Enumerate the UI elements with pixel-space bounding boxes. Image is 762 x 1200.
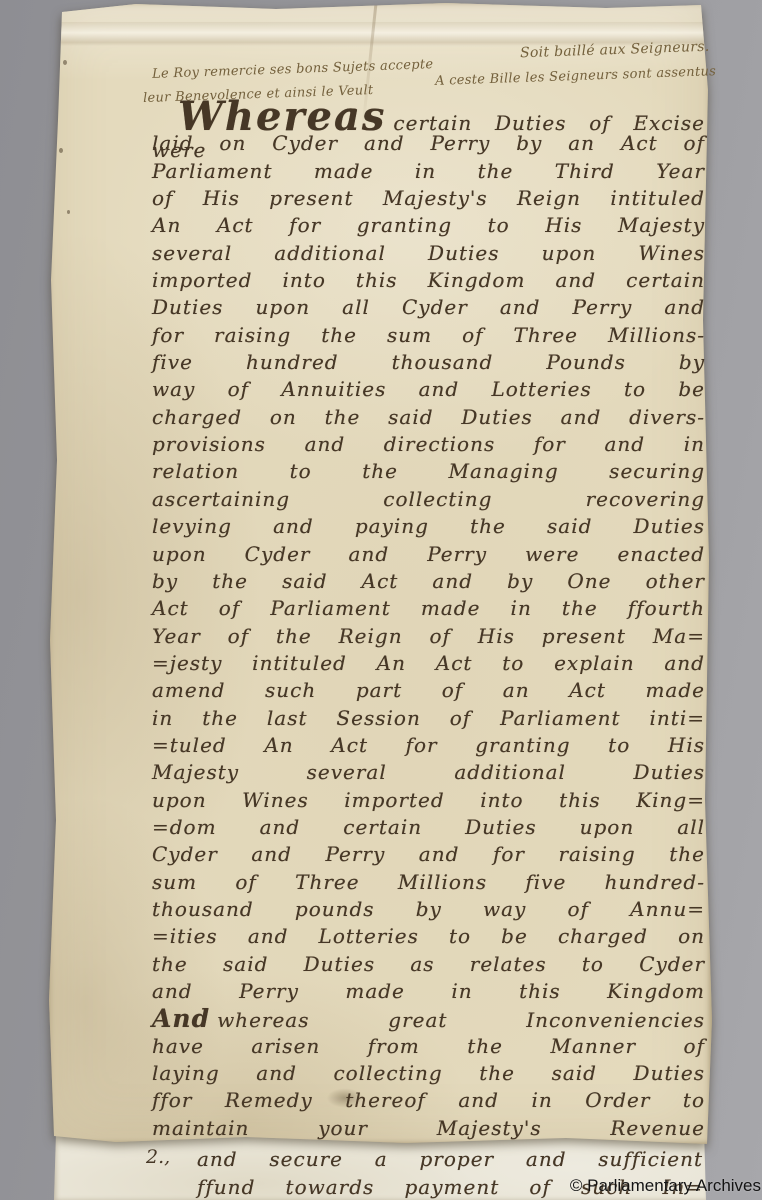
manuscript-line: sum of Three Millions five hundred-: [152, 869, 705, 896]
manuscript-line: upon Wines imported into this King=: [152, 787, 705, 814]
manuscript-line-text: and secure a proper and sufficient: [197, 1147, 703, 1171]
manuscript-line-text: of His present Majesty's Reign intituled: [152, 186, 705, 210]
manuscript-line-text: by the said Act and by One other: [152, 569, 705, 593]
ink-speck: [59, 148, 63, 153]
manuscript-line: Majesty several additional Duties: [152, 759, 705, 786]
manuscript-line-text: Majesty several additional Duties: [152, 760, 705, 784]
manuscript-line: thousand pounds by way of Annu=: [152, 896, 705, 923]
manuscript-line-text: Parliament made in the Third Year: [152, 159, 705, 183]
parchment-photo: Soit baillé aux Seigneurs. Le Roy remerc…: [0, 0, 762, 1200]
manuscript-line: five hundred thousand Pounds by: [152, 349, 705, 376]
manuscript-line: imported into this Kingdom and certain: [152, 267, 705, 294]
manuscript-line-text: imported into this Kingdom and certain: [152, 268, 705, 292]
manuscript-line-text: relation to the Managing securing: [152, 459, 705, 483]
manuscript-line-text: for raising the sum of Three Millions-: [152, 323, 705, 347]
manuscript-line: Duties upon all Cyder and Perry and: [152, 294, 705, 321]
manuscript-line-text: in the last Session of Parliament inti=: [152, 706, 705, 730]
manuscript-line-text: five hundred thousand Pounds by: [152, 350, 705, 374]
manuscript-line: way of Annuities and Lotteries to be: [152, 376, 705, 403]
manuscript-line-text: ffor Remedy thereof and in Order to: [152, 1088, 705, 1112]
manuscript-line: maintain your Majesty's Revenue: [152, 1115, 705, 1142]
ink-speck: [67, 210, 70, 214]
manuscript-line-text: amend such part of an Act made: [152, 678, 705, 702]
manuscript-line-text: =dom and certain Duties upon all: [152, 815, 705, 839]
manuscript-line-text: thousand pounds by way of Annu=: [152, 897, 705, 921]
manuscript-line-text: Year of the Reign of His present Ma=: [152, 624, 705, 648]
manuscript-line: and Perry made in this Kingdom: [152, 978, 705, 1005]
manuscript-text-membrane1: Whereascertain Duties of Excise werelaid…: [152, 103, 705, 1142]
manuscript-line: charged on the said Duties and divers-: [152, 404, 705, 431]
manuscript-line: by the said Act and by One other: [152, 568, 705, 595]
manuscript-line-text: upon Cyder and Perry were enacted: [152, 542, 705, 566]
manuscript-line-text: provisions and directions for and in: [152, 432, 705, 456]
manuscript-line: upon Cyder and Perry were enacted: [152, 541, 705, 568]
manuscript-line-text: levying and paying the said Duties: [152, 514, 705, 538]
manuscript-line: Parliament made in the Third Year: [152, 158, 705, 185]
manuscript-line-text: several additional Duties upon Wines: [152, 241, 705, 265]
manuscript-line-text: and Perry made in this Kingdom: [152, 979, 705, 1003]
manuscript-line: Whereascertain Duties of Excise were: [152, 103, 705, 130]
manuscript-line: in the last Session of Parliament inti=: [152, 705, 705, 732]
manuscript-line: amend such part of an Act made: [152, 677, 705, 704]
manuscript-line: Year of the Reign of His present Ma=: [152, 623, 705, 650]
manuscript-line-text: =tuled An Act for granting to His: [152, 733, 705, 757]
manuscript-line-text: An Act for granting to His Majesty: [152, 213, 705, 237]
manuscript-line: Cyder and Perry and for raising the: [152, 841, 705, 868]
manuscript-line-text: Cyder and Perry and for raising the: [152, 842, 705, 866]
ink-speck: [63, 60, 67, 65]
manuscript-line-text: laying and collecting the said Duties: [152, 1061, 705, 1085]
manuscript-line: of His present Majesty's Reign intituled: [152, 185, 705, 212]
manuscript-line: ascertaining collecting recovering: [152, 486, 705, 513]
manuscript-line-text: laid on Cyder and Perry by an Act of: [152, 131, 705, 155]
manuscript-line: the said Duties as relates to Cyder: [152, 951, 705, 978]
manuscript-line-text: sum of Three Millions five hundred-: [152, 870, 705, 894]
manuscript-line: =ities and Lotteries to be charged on: [152, 923, 705, 950]
manuscript-line: several additional Duties upon Wines: [152, 240, 705, 267]
manuscript-line-text: ascertaining collecting recovering: [152, 487, 705, 511]
manuscript-line-text: maintain your Majesty's Revenue: [152, 1116, 705, 1140]
manuscript-line-text: Duties upon all Cyder and Perry and: [152, 295, 705, 319]
manuscript-line: levying and paying the said Duties: [152, 513, 705, 540]
manuscript-line: ffor Remedy thereof and in Order to: [152, 1087, 705, 1114]
manuscript-line-text: =jesty intituled An Act to explain and: [152, 651, 705, 675]
manuscript-line: for raising the sum of Three Millions-: [152, 322, 705, 349]
manuscript-line-text: the said Duties as relates to Cyder: [152, 952, 705, 976]
manuscript-line: provisions and directions for and in: [152, 431, 705, 458]
manuscript-line: and secure a proper and sufficient: [197, 1145, 703, 1173]
manuscript-line: =jesty intituled An Act to explain and: [152, 650, 705, 677]
manuscript-line: Act of Parliament made in the ffourth: [152, 595, 705, 622]
membrane-number: 2.,: [146, 1146, 170, 1168]
manuscript-line: =dom and certain Duties upon all: [152, 814, 705, 841]
manuscript-line: Andwhereas great Inconveniencies: [152, 1005, 705, 1032]
manuscript-line: =tuled An Act for granting to His: [152, 732, 705, 759]
manuscript-line: relation to the Managing securing: [152, 458, 705, 485]
manuscript-line-text: =ities and Lotteries to be charged on: [152, 924, 705, 948]
engrossed-word: And: [152, 1004, 210, 1033]
manuscript-line-text: whereas great Inconveniencies: [217, 1008, 705, 1032]
manuscript-line: laid on Cyder and Perry by an Act of: [152, 130, 705, 157]
manuscript-line-text: charged on the said Duties and divers-: [152, 405, 705, 429]
watermark-parliamentary-archives: © Parliamentary Archives: [570, 1176, 761, 1196]
manuscript-line-text: upon Wines imported into this King=: [152, 788, 705, 812]
manuscript-line: laying and collecting the said Duties: [152, 1060, 705, 1087]
manuscript-line-text: way of Annuities and Lotteries to be: [152, 377, 705, 401]
manuscript-line-text: Act of Parliament made in the ffourth: [152, 596, 705, 620]
manuscript-line: An Act for granting to His Majesty: [152, 212, 705, 239]
manuscript-line: have arisen from the Manner of: [152, 1033, 705, 1060]
manuscript-line-text: have arisen from the Manner of: [152, 1034, 705, 1058]
